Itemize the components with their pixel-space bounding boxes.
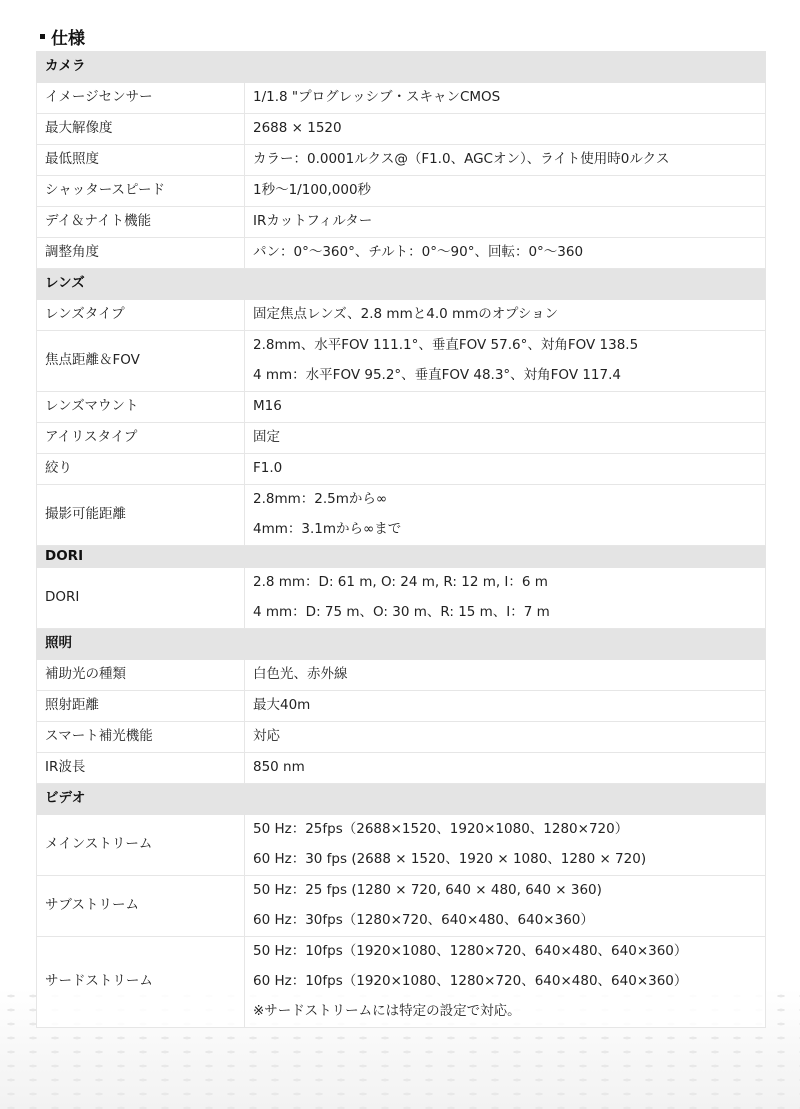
spec-value-line: M16 bbox=[253, 392, 757, 422]
spec-value: 2.8mm、水平FOV 111.1°、垂直FOV 57.6°、対角FOV 138… bbox=[245, 331, 766, 392]
spec-label: 最低照度 bbox=[37, 145, 245, 176]
spec-value: 850 nm bbox=[245, 753, 766, 784]
table-row: シャッタースピード1秒～1/100,000秒 bbox=[37, 176, 766, 207]
spec-label: サードストリーム bbox=[37, 937, 245, 1028]
spec-value-line: 2.8 mm：D: 61 m, O: 24 m, R: 12 m, I：6 m bbox=[253, 568, 757, 598]
spec-value: 1秒～1/100,000秒 bbox=[245, 176, 766, 207]
section-header: DORI bbox=[37, 546, 766, 568]
table-row: 調整角度パン：0°～360°、チルト：0°～90°、回転：0°～360 bbox=[37, 238, 766, 269]
spec-value-line: IRカットフィルター bbox=[253, 207, 757, 237]
spec-value: M16 bbox=[245, 392, 766, 423]
table-row: レンズタイプ固定焦点レンズ、2.8 mmと4.0 mmのオプション bbox=[37, 300, 766, 331]
spec-value: 対応 bbox=[245, 722, 766, 753]
spec-value-line: F1.0 bbox=[253, 454, 757, 484]
table-row: レンズマウントM16 bbox=[37, 392, 766, 423]
spec-value: 1/1.8 "プログレッシブ・スキャンCMOS bbox=[245, 83, 766, 114]
spec-label: 撮影可能距離 bbox=[37, 485, 245, 546]
table-row: 撮影可能距離2.8mm：2.5mから∞4mm：3.1mから∞まで bbox=[37, 485, 766, 546]
table-row: アイリスタイプ固定 bbox=[37, 423, 766, 454]
spec-value: F1.0 bbox=[245, 454, 766, 485]
table-row: 焦点距離＆FOV2.8mm、水平FOV 111.1°、垂直FOV 57.6°、対… bbox=[37, 331, 766, 392]
spec-label: レンズタイプ bbox=[37, 300, 245, 331]
spec-value-line: 50 Hz：25fps（2688×1520、1920×1080、1280×720… bbox=[253, 815, 757, 845]
section-header: カメラ bbox=[37, 52, 766, 83]
table-row: 補助光の種類白色光、赤外線 bbox=[37, 660, 766, 691]
spec-label: アイリスタイプ bbox=[37, 423, 245, 454]
spec-value-line: 4mm：3.1mから∞まで bbox=[253, 515, 757, 545]
spec-value-line: 最大40m bbox=[253, 691, 757, 721]
spec-value-line: ※サードストリームには特定の設定で対応。 bbox=[253, 997, 757, 1027]
spec-value: 最大40m bbox=[245, 691, 766, 722]
section-title: DORI bbox=[37, 546, 766, 568]
spec-value-line: 1秒～1/100,000秒 bbox=[253, 176, 757, 206]
table-row: スマート補光機能対応 bbox=[37, 722, 766, 753]
table-row: デイ＆ナイト機能IRカットフィルター bbox=[37, 207, 766, 238]
section-title: カメラ bbox=[37, 52, 766, 83]
spec-label: シャッタースピード bbox=[37, 176, 245, 207]
spec-value: パン：0°～360°、チルト：0°～90°、回転：0°～360 bbox=[245, 238, 766, 269]
table-row: サブストリーム50 Hz：25 fps (1280 × 720, 640 × 4… bbox=[37, 876, 766, 937]
spec-value: カラー：0.0001ルクス@（F1.0、AGCオン）、ライト使用時0ルクス bbox=[245, 145, 766, 176]
spec-value-line: 固定焦点レンズ、2.8 mmと4.0 mmのオプション bbox=[253, 300, 757, 330]
table-row: IR波長850 nm bbox=[37, 753, 766, 784]
section-header: ビデオ bbox=[37, 784, 766, 815]
spec-value: 2.8 mm：D: 61 m, O: 24 m, R: 12 m, I：6 m4… bbox=[245, 568, 766, 629]
spec-value-line: 50 Hz：10fps（1920×1080、1280×720、640×480、6… bbox=[253, 937, 757, 967]
spec-value: 50 Hz：25 fps (1280 × 720, 640 × 480, 640… bbox=[245, 876, 766, 937]
spec-label: 最大解像度 bbox=[37, 114, 245, 145]
spec-value-line: 60 Hz：10fps（1920×1080、1280×720、640×480、6… bbox=[253, 967, 757, 997]
spec-value-line: 固定 bbox=[253, 423, 757, 453]
spec-value-line: 対応 bbox=[253, 722, 757, 752]
spec-value-line: 2688 × 1520 bbox=[253, 114, 757, 144]
table-row: イメージセンサー1/1.8 "プログレッシブ・スキャンCMOS bbox=[37, 83, 766, 114]
section-title: 照明 bbox=[37, 629, 766, 660]
section-header: 照明 bbox=[37, 629, 766, 660]
spec-value: 固定焦点レンズ、2.8 mmと4.0 mmのオプション bbox=[245, 300, 766, 331]
spec-value-line: 850 nm bbox=[253, 753, 757, 783]
spec-value-line: 2.8mm：2.5mから∞ bbox=[253, 485, 757, 515]
spec-value-line: 60 Hz：30 fps (2688 × 1520、1920 × 1080、12… bbox=[253, 845, 757, 875]
spec-label: 絞り bbox=[37, 454, 245, 485]
spec-label: サブストリーム bbox=[37, 876, 245, 937]
spec-label: 調整角度 bbox=[37, 238, 245, 269]
spec-value: 白色光、赤外線 bbox=[245, 660, 766, 691]
table-row: 絞りF1.0 bbox=[37, 454, 766, 485]
section-title: ビデオ bbox=[37, 784, 766, 815]
spec-label: イメージセンサー bbox=[37, 83, 245, 114]
spec-value-line: 60 Hz：30fps（1280×720、640×480、640×360） bbox=[253, 906, 757, 936]
page-title: 仕様 bbox=[40, 24, 85, 49]
spec-label: スマート補光機能 bbox=[37, 722, 245, 753]
table-row: DORI2.8 mm：D: 61 m, O: 24 m, R: 12 m, I：… bbox=[37, 568, 766, 629]
table-row: 照射距離最大40m bbox=[37, 691, 766, 722]
spec-value-line: 50 Hz：25 fps (1280 × 720, 640 × 480, 640… bbox=[253, 876, 757, 906]
spec-value: IRカットフィルター bbox=[245, 207, 766, 238]
section-title: レンズ bbox=[37, 269, 766, 300]
spec-value: 2.8mm：2.5mから∞4mm：3.1mから∞まで bbox=[245, 485, 766, 546]
spec-table: カメライメージセンサー1/1.8 "プログレッシブ・スキャンCMOS最大解像度2… bbox=[36, 51, 766, 1028]
spec-label: 補助光の種類 bbox=[37, 660, 245, 691]
spec-label: メインストリーム bbox=[37, 815, 245, 876]
spec-label: 照射距離 bbox=[37, 691, 245, 722]
spec-value-line: 白色光、赤外線 bbox=[253, 660, 757, 690]
table-row: 最大解像度2688 × 1520 bbox=[37, 114, 766, 145]
page-title-text: 仕様 bbox=[51, 24, 85, 49]
spec-value: 固定 bbox=[245, 423, 766, 454]
bullet-icon bbox=[40, 34, 45, 39]
spec-value-line: カラー：0.0001ルクス@（F1.0、AGCオン）、ライト使用時0ルクス bbox=[253, 145, 757, 175]
spec-value: 2688 × 1520 bbox=[245, 114, 766, 145]
table-row: メインストリーム50 Hz：25fps（2688×1520、1920×1080、… bbox=[37, 815, 766, 876]
spec-label: IR波長 bbox=[37, 753, 245, 784]
table-row: サードストリーム50 Hz：10fps（1920×1080、1280×720、6… bbox=[37, 937, 766, 1028]
spec-label: デイ＆ナイト機能 bbox=[37, 207, 245, 238]
spec-value-line: 4 mm：D: 75 m、O: 30 m、R: 15 m、I：7 m bbox=[253, 598, 757, 628]
spec-value-line: 1/1.8 "プログレッシブ・スキャンCMOS bbox=[253, 83, 757, 113]
spec-value: 50 Hz：25fps（2688×1520、1920×1080、1280×720… bbox=[245, 815, 766, 876]
section-header: レンズ bbox=[37, 269, 766, 300]
spec-value: 50 Hz：10fps（1920×1080、1280×720、640×480、6… bbox=[245, 937, 766, 1028]
spec-value-line: 2.8mm、水平FOV 111.1°、垂直FOV 57.6°、対角FOV 138… bbox=[253, 331, 757, 361]
spec-value-line: 4 mm：水平FOV 95.2°、垂直FOV 48.3°、対角FOV 117.4 bbox=[253, 361, 757, 391]
spec-label: 焦点距離＆FOV bbox=[37, 331, 245, 392]
spec-value-line: パン：0°～360°、チルト：0°～90°、回転：0°～360 bbox=[253, 238, 757, 268]
table-row: 最低照度カラー：0.0001ルクス@（F1.0、AGCオン）、ライト使用時0ルク… bbox=[37, 145, 766, 176]
spec-label: DORI bbox=[37, 568, 245, 629]
spec-label: レンズマウント bbox=[37, 392, 245, 423]
